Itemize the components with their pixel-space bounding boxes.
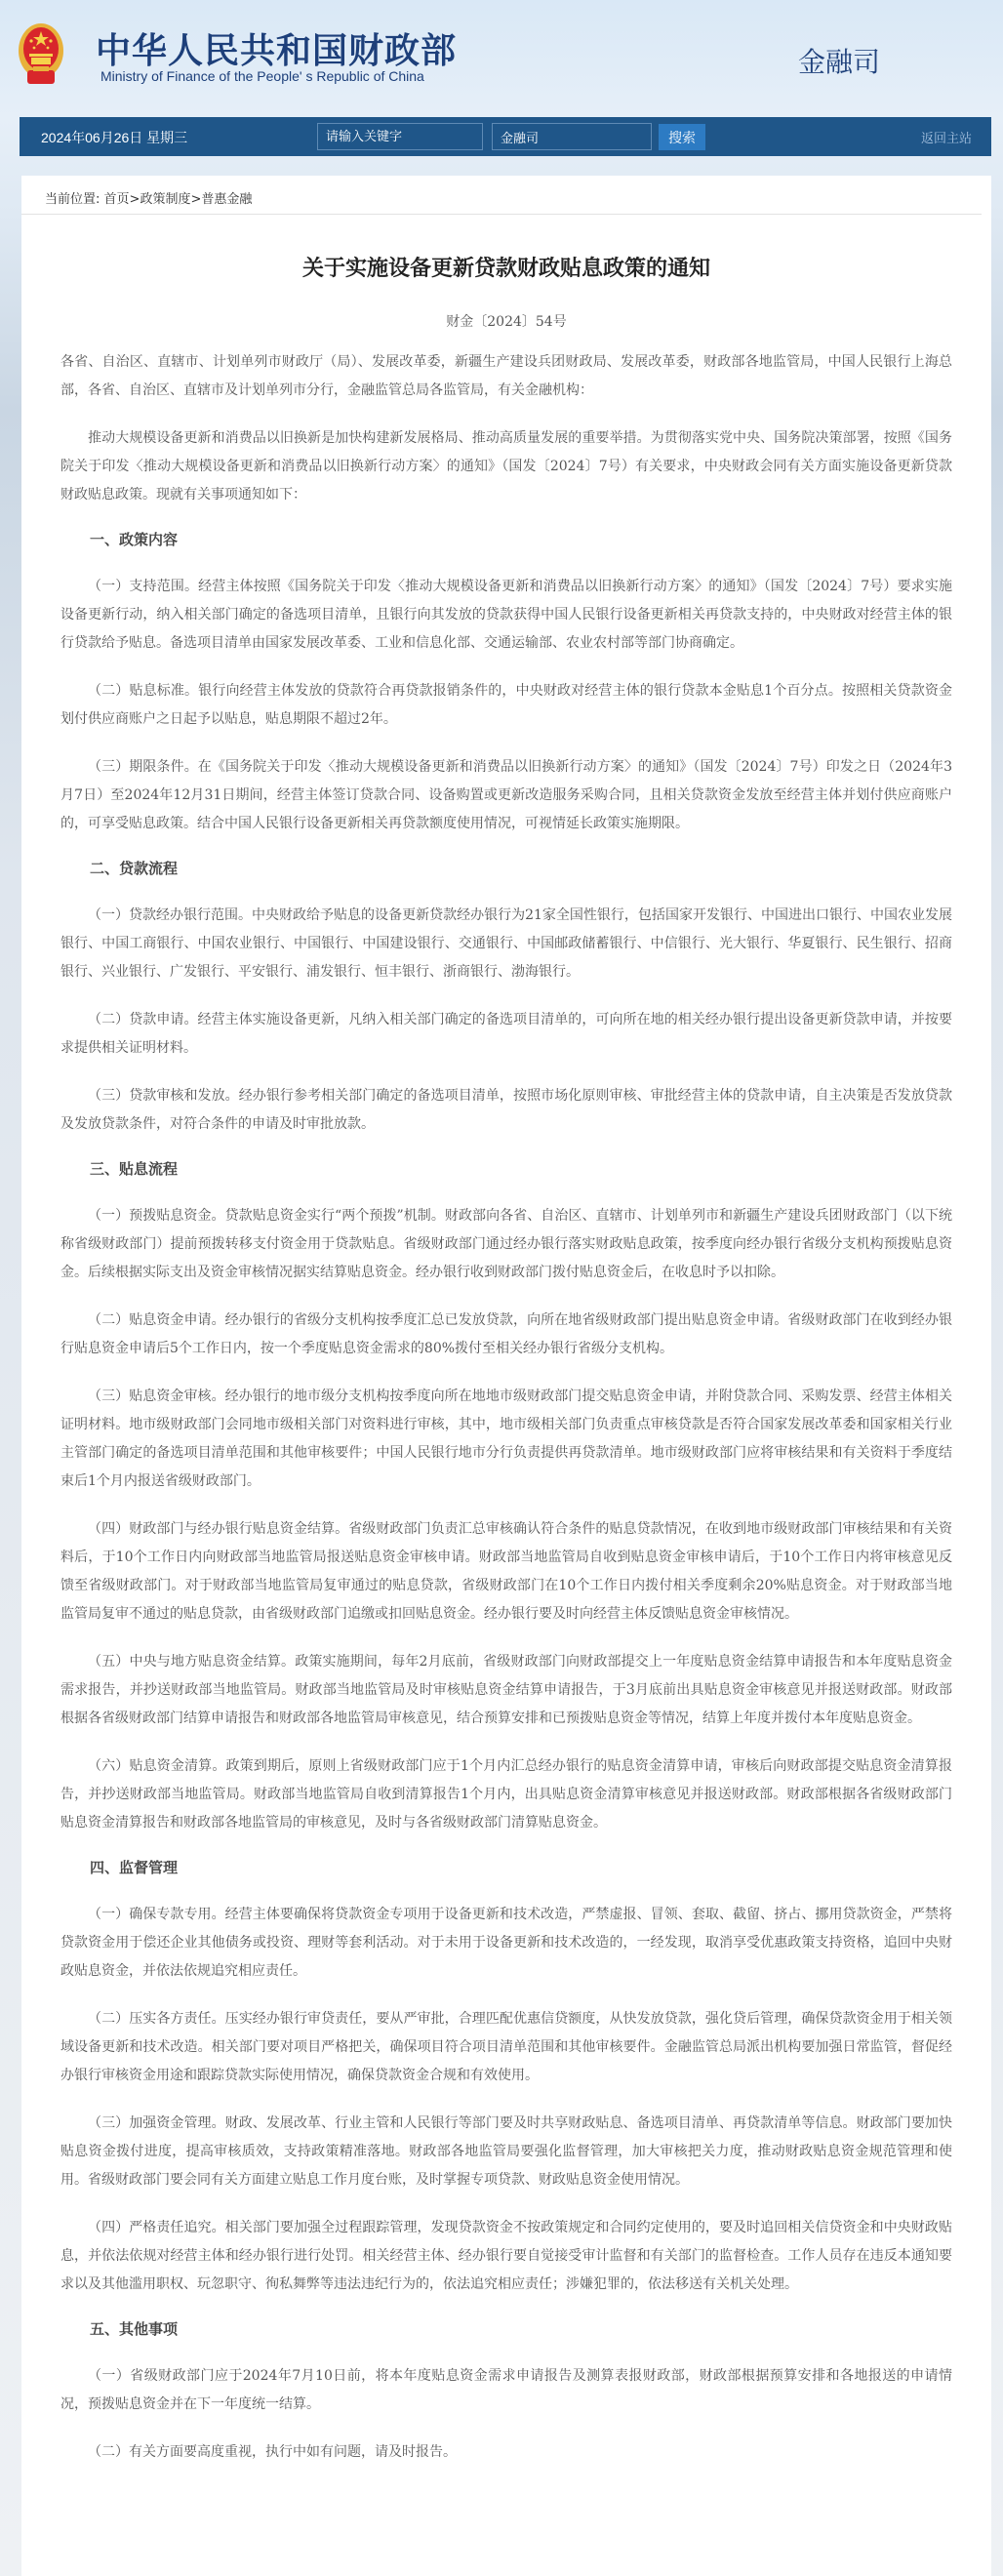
paragraph: （二）贴息资金申请。经办银行的省级分支机构按季度汇总已发放贷款，向所在地省级财政… bbox=[60, 1307, 952, 1363]
breadcrumb-separator: > bbox=[130, 192, 140, 207]
paragraph: （三）加强资金管理。财政、发展改革、行业主管和人民银行等部门要及时共享财政贴息、… bbox=[60, 2110, 952, 2194]
article-body: 各省、自治区、直辖市、计划单列市财政厅（局）、发展改革委，新疆生产建设兵团财政局… bbox=[21, 331, 991, 2467]
paragraph: （二）贴息标准。银行向经营主体发放的贷款符合再贷款报销条件的，中央财政对经营主体… bbox=[60, 677, 952, 734]
section-heading: 二、贷款流程 bbox=[60, 858, 952, 878]
paragraph: （四）严格责任追究。相关部门要加强全过程跟踪管理，发现贷款资金不按政策规定和合同… bbox=[60, 2214, 952, 2299]
national-emblem-icon bbox=[18, 21, 64, 88]
breadcrumb-home[interactable]: 首页 bbox=[104, 192, 130, 207]
search-scope-input[interactable] bbox=[492, 123, 652, 150]
paragraph: （四）财政部门与经办银行贴息资金结算。省级财政部门负责汇总审核确认符合条件的贴息… bbox=[60, 1515, 952, 1629]
paragraph: （一）确保专款专用。经营主体要确保将贷款资金专项用于设备更新和技术改造，严禁虚报… bbox=[60, 1901, 952, 1986]
return-home-link[interactable]: 返回主站 bbox=[921, 128, 972, 146]
article-title: 关于实施设备更新贷款财政贴息政策的通知 bbox=[21, 252, 991, 282]
paragraph: （五）中央与地方贴息资金结算。政策实施期间，每年2月底前，省级财政部门向财政部提… bbox=[60, 1648, 952, 1733]
section-heading: 五、其他事项 bbox=[60, 2318, 952, 2339]
navigation-bar: 2024年06月26日 星期三 搜索 返回主站 bbox=[20, 117, 991, 156]
paragraph: （三）贷款审核和发放。经办银行参考相关部门确定的备选项目清单，按照市场化原则审核… bbox=[60, 1082, 952, 1139]
search-button[interactable]: 搜索 bbox=[659, 124, 705, 150]
department-name: 金融司 bbox=[798, 41, 880, 80]
breadcrumb-inclusive-finance[interactable]: 普惠金融 bbox=[201, 192, 252, 207]
paragraph: （二）有关方面要高度重视，执行中如有问题，请及时报告。 bbox=[60, 2438, 952, 2467]
site-header: 中华人民共和国财政部 Ministry of Finance of the Pe… bbox=[0, 0, 1003, 113]
intro-paragraph: 推动大规模设备更新和消费品以旧换新是加快构建新发展格局、推动高质量发展的重要举措… bbox=[60, 424, 952, 509]
paragraph: （一）预拨贴息资金。贷款贴息资金实行“两个预拨”机制。财政部向各省、自治区、直辖… bbox=[60, 1202, 952, 1287]
breadcrumb-label: 当前位置: bbox=[45, 192, 100, 207]
paragraph: （三）贴息资金审核。经办银行的地市级分支机构按季度向所在地地市级财政部门提交贴息… bbox=[60, 1383, 952, 1496]
paragraph: （三）期限条件。在《国务院关于印发〈推动大规模设备更新和消费品以旧换新行动方案〉… bbox=[60, 753, 952, 838]
paragraph: （六）贴息资金清算。政策到期后，原则上省级财政部门应于1个月内汇总经办银行的贴息… bbox=[60, 1752, 952, 1837]
paragraph: （二）压实各方责任。压实经办银行审贷责任，要从严审批，合理匹配优惠信贷额度，从快… bbox=[60, 2005, 952, 2090]
section-heading: 三、贴息流程 bbox=[60, 1158, 952, 1179]
breadcrumb: 当前位置: 首页>政策制度>普惠金融 bbox=[21, 176, 982, 215]
paragraph: （一）省级财政部门应于2024年7月10日前，将本年度贴息资金需求申请报告及测算… bbox=[60, 2362, 952, 2419]
site-title: 中华人民共和国财政部 bbox=[96, 23, 457, 73]
paragraph: （一）贷款经办银行范围。中央财政给予贴息的设备更新贷款经办银行为21家全国性银行… bbox=[60, 902, 952, 986]
section-heading: 四、监督管理 bbox=[60, 1857, 952, 1877]
section-heading: 一、政策内容 bbox=[60, 529, 952, 549]
addressee: 各省、自治区、直辖市、计划单列市财政厅（局）、发展改革委，新疆生产建设兵团财政局… bbox=[60, 348, 952, 405]
paragraph: （二）贷款申请。经营主体实施设备更新，凡纳入相关部门确定的备选项目清单的，可向所… bbox=[60, 1006, 952, 1063]
content-panel: 当前位置: 首页>政策制度>普惠金融 关于实施设备更新贷款财政贴息政策的通知 财… bbox=[21, 176, 991, 2576]
keyword-search-input[interactable] bbox=[317, 123, 483, 150]
paragraph: （一）支持范围。经营主体按照《国务院关于印发〈推动大规模设备更新和消费品以旧换新… bbox=[60, 573, 952, 658]
current-date: 2024年06月26日 星期三 bbox=[41, 128, 187, 147]
site-subtitle: Ministry of Finance of the People' s Rep… bbox=[100, 68, 424, 84]
document-number: 财金〔2024〕54号 bbox=[21, 311, 991, 331]
breadcrumb-policy[interactable]: 政策制度 bbox=[140, 192, 190, 207]
breadcrumb-separator: > bbox=[190, 192, 201, 207]
